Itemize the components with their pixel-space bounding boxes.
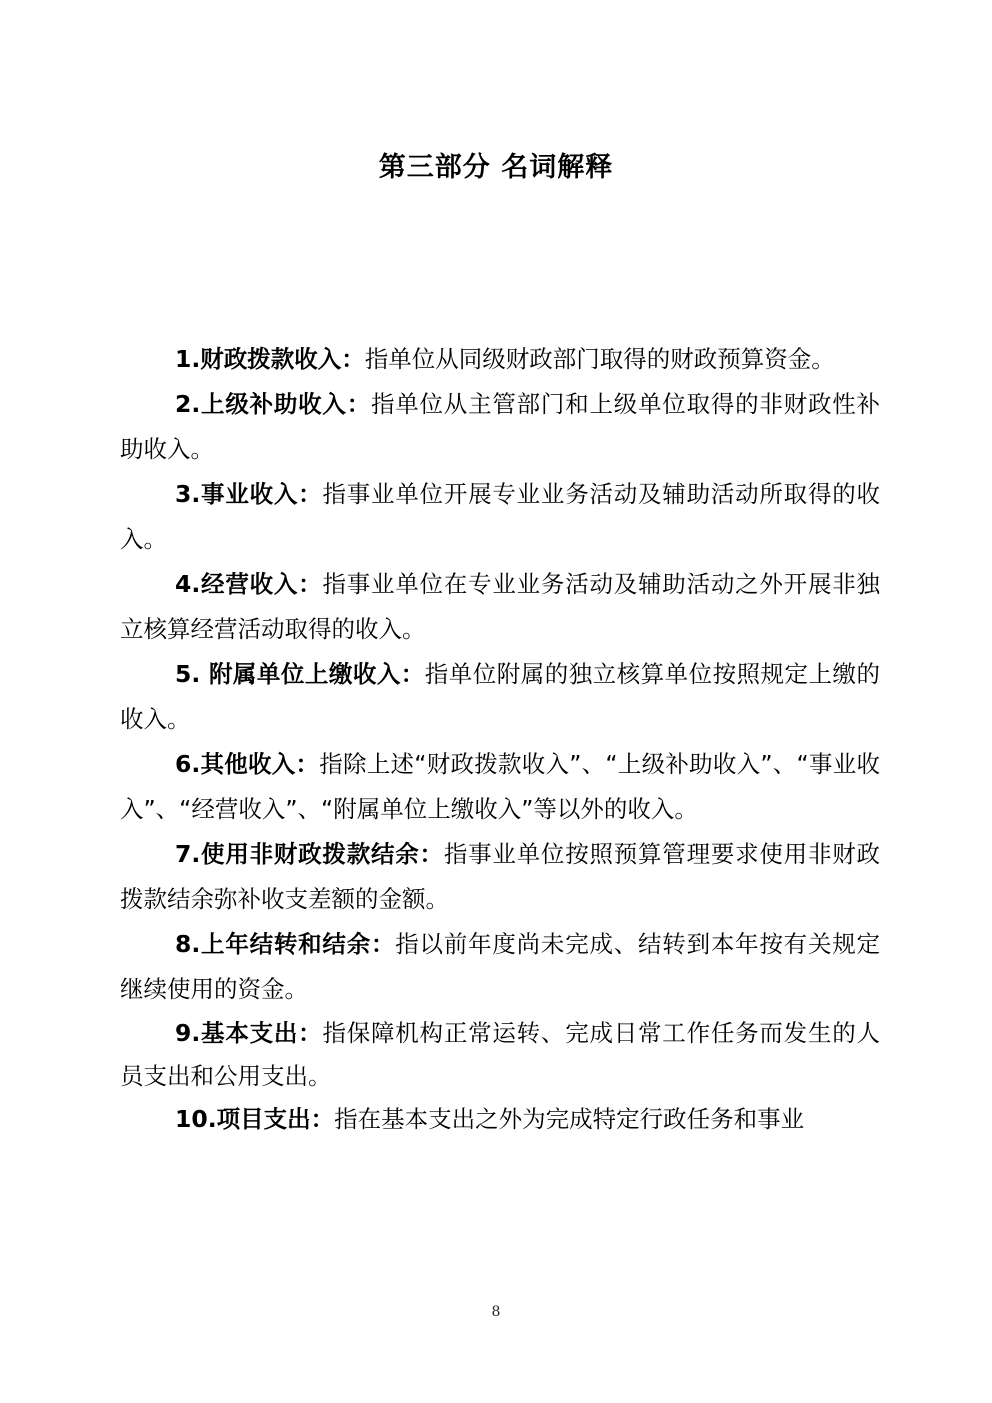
term-item: 1.财政拨款收入：指单位从同级财政部门取得的财政预算资金。 <box>120 337 880 382</box>
term-name: 8.上年结转和结余： <box>175 930 395 958</box>
terms-list: 1.财政拨款收入：指单位从同级财政部门取得的财政预算资金。 2.上级补助收入：指… <box>120 337 880 1141</box>
term-name: 7.使用非财政拨款结余： <box>175 840 444 868</box>
page-number: 8 <box>0 1304 992 1320</box>
term-item: 4.经营收入：指事业单位在专业业务活动及辅助活动之外开展非独立核算经营活动取得的… <box>120 562 880 652</box>
term-name: 10.项目支出： <box>175 1105 334 1133</box>
term-item: 7.使用非财政拨款结余：指事业单位按照预算管理要求使用非财政拨款结余弥补收支差额… <box>120 832 880 922</box>
term-name: 4.经营收入： <box>175 570 322 598</box>
term-item: 10.项目支出：指在基本支出之外为完成特定行政任务和事业 <box>120 1098 880 1141</box>
term-name: 9.基本支出： <box>175 1019 322 1047</box>
term-name: 1.财政拨款收入： <box>175 345 365 373</box>
term-name: 3.事业收入： <box>175 480 322 508</box>
term-definition: 指在基本支出之外为完成特定行政任务和事业 <box>334 1105 804 1133</box>
term-item: 9.基本支出：指保障机构正常运转、完成日常工作任务而发生的人员支出和公用支出。 <box>120 1012 880 1098</box>
term-item: 3.事业收入：指事业单位开展专业业务活动及辅助活动所取得的收入。 <box>120 472 880 562</box>
term-name: 2.上级补助收入： <box>175 390 371 418</box>
term-definition: 指单位从同级财政部门取得的财政预算资金。 <box>365 345 835 373</box>
term-item: 5. 附属单位上缴收入：指单位附属的独立核算单位按照规定上缴的收入。 <box>120 652 880 742</box>
term-item: 2.上级补助收入：指单位从主管部门和上级单位取得的非财政性补助收入。 <box>120 382 880 472</box>
term-name: 5. 附属单位上缴收入： <box>175 660 425 688</box>
page-title: 第三部分 名词解释 <box>0 148 992 188</box>
term-name: 6.其他收入： <box>175 750 319 778</box>
term-item: 8.上年结转和结余：指以前年度尚未完成、结转到本年按有关规定继续使用的资金。 <box>120 922 880 1012</box>
term-item: 6.其他收入：指除上述“财政拨款收入”、“上级补助收入”、“事业收入”、“经营收… <box>120 742 880 832</box>
